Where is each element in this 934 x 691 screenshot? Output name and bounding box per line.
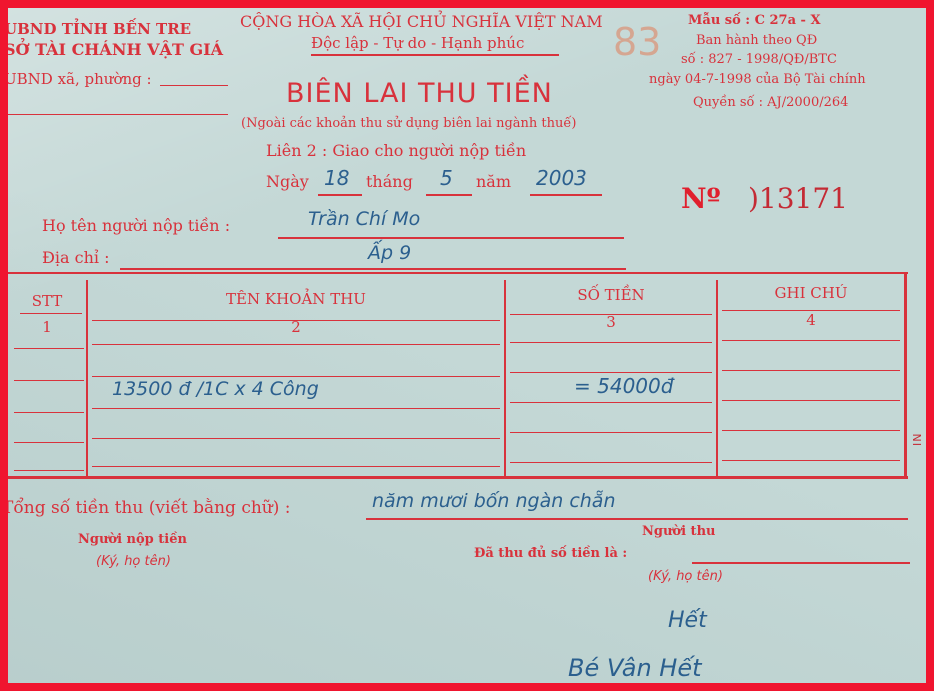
row-rule [14,442,84,443]
date-day-underline [318,194,362,196]
collector-signature-hint: (Ký, họ tên) [648,569,723,584]
table-colnum-2: 2 [88,318,504,336]
table-row-item[interactable]: 13500 đ /1C x 4 Công [112,378,319,400]
table-colnum-4: 4 [718,311,904,329]
form-issued-by: Ban hành theo QĐ [696,33,817,48]
payer-name-value[interactable]: Trần Chí Mo [308,208,420,230]
receipt-paper: UBND TỈNH BẾN TRE SỞ TÀI CHÁNH VẬT GIÁ U… [8,8,926,683]
total-value[interactable]: năm mươi bốn ngàn chẵn [372,490,616,512]
row-rule [510,342,712,343]
table-col-divider-2 [504,280,506,476]
row-rule [92,344,500,345]
table-col-divider-3 [716,280,718,476]
row-rule [722,430,900,431]
issuer-line1: UBND TỈNH BẾN TRE [8,20,191,38]
row-rule [510,462,712,463]
table-colnum-3: 3 [506,313,716,331]
form-number: Mẫu số : C 27a - X [688,13,821,28]
handwritten-signature-1: Hết [668,608,707,633]
row-rule [722,400,900,401]
payer-name-label: Họ tên người nộp tiền : [42,216,230,235]
row-rule [510,402,712,403]
table-row-amount[interactable]: = 54000đ [574,374,673,398]
date-day-value[interactable]: 18 [324,166,349,190]
total-label: Tổng số tiền thu (viết bằng chữ) : [8,498,291,518]
table-header-item: TÊN KHOẢN THU [88,290,504,308]
row-rule [92,466,500,467]
row-rule [14,348,84,349]
table-header-amount: SỐ TIỀN [506,286,716,304]
table-col-divider-1 [86,280,88,476]
date-year-underline [530,194,602,196]
received-label: Đã thu đủ số tiền là : [474,546,627,561]
printer-note: IN TẠI XN IN BẾN TRE [911,420,926,446]
row-rule [14,470,84,471]
received-underline [692,562,910,564]
row-rule [510,372,712,373]
handwritten-annotation-83: 83 [613,20,661,64]
serial-prefix: Nº [681,182,721,215]
payer-name-underline [278,237,624,239]
row-rule [92,408,500,409]
form-decision: số : 827 - 1998/QĐ/BTC [681,52,837,67]
row-rule [510,432,712,433]
payer-signature-hint: (Ký, họ tên) [96,554,171,569]
national-header-line1: CỘNG HÒA XÃ HỘI CHỦ NGHĨA VIỆT NAM [240,12,603,31]
national-header-line2: Độc lập - Tự do - Hạnh phúc [311,34,524,52]
issuer-line2: SỞ TÀI CHÁNH VẬT GIÁ [8,40,223,59]
payer-signature-title: Người nộp tiền [78,532,187,547]
table-top-border [8,272,908,274]
date-year-label: năm [476,172,511,191]
date-day-label: Ngày [266,172,309,191]
national-header-underline [311,54,559,56]
row-rule [14,380,84,381]
table-header-stt: STT [8,292,86,310]
document-title: BIÊN LAI THU TIỀN [286,78,553,109]
row-rule [92,438,500,439]
payer-address-label: Địa chỉ : [42,248,110,267]
payer-address-value[interactable]: Ấp 9 [368,242,411,264]
total-underline [366,518,908,520]
row-rule [722,340,900,341]
issuer-line3-label: UBND xã, phường : [8,70,152,88]
row-rule [722,460,900,461]
table-colnum-1: 1 [8,318,86,336]
collector-signature-title: Người thu [642,524,715,539]
table-right-border [904,274,907,478]
ward-underline [160,85,228,86]
date-month-underline [426,194,472,196]
date-year-value[interactable]: 2003 [536,166,587,190]
row-rule [92,376,500,377]
document-subtitle: (Ngoài các khoản thu sử dụng biên lai ng… [241,116,576,131]
form-decision-date: ngày 04-7-1998 của Bộ Tài chính [649,72,866,87]
row-rule [14,412,84,413]
date-month-value[interactable]: 5 [440,166,453,190]
copy-label: Liên 2 : Giao cho người nộp tiền [266,141,526,160]
table-header-note: GHI CHÚ [718,284,904,302]
date-month-label: tháng [366,172,413,191]
issuer-divider [8,114,228,115]
row-rule [722,370,900,371]
handwritten-signature-2: Bé Vân Hết [568,654,702,682]
serial-number: )13171 [748,182,848,215]
header-rule-1 [20,313,82,314]
table-bottom-border [8,476,908,479]
form-book-number: Quyền số : AJ/2000/264 [693,95,848,110]
payer-address-underline [120,268,626,270]
